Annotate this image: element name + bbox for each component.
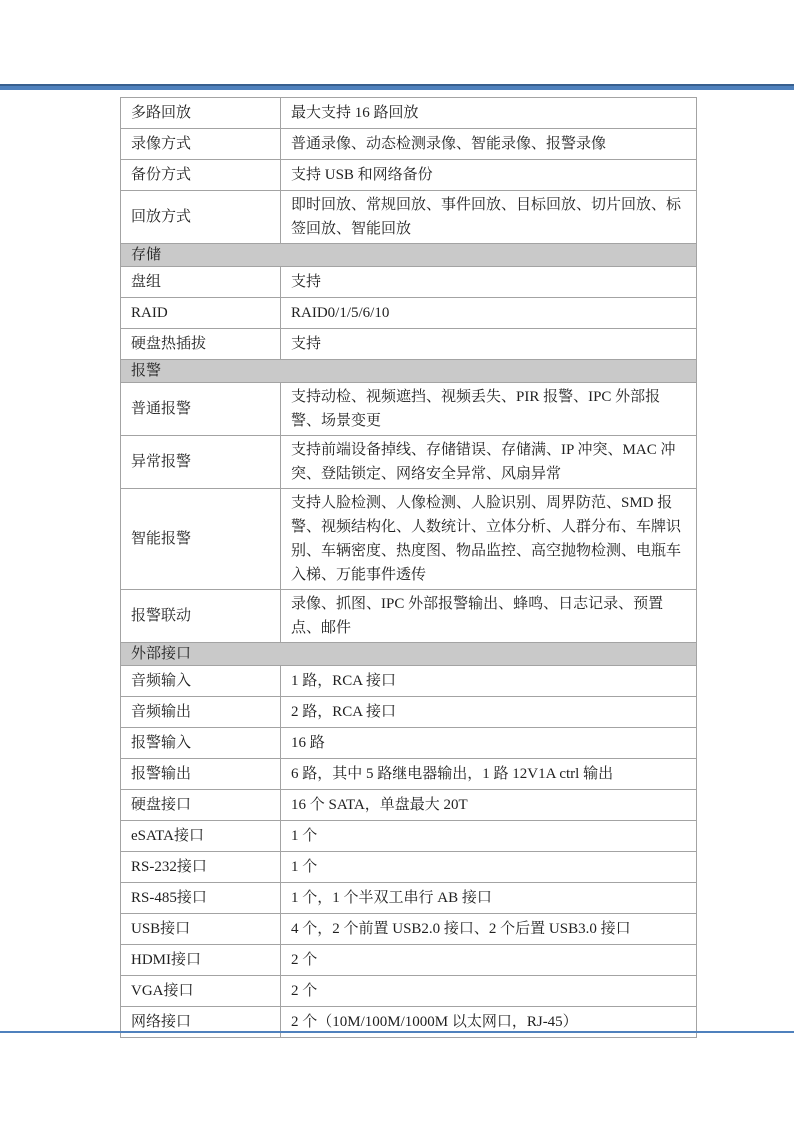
spec-value: 2 个: [281, 945, 697, 976]
spec-value: 录像、抓图、IPC 外部报警输出、蜂鸣、日志记录、预置点、邮件: [281, 590, 697, 643]
spec-label: 回放方式: [121, 191, 281, 244]
table-row: 备份方式支持 USB 和网络备份: [121, 160, 697, 191]
table-row: 硬盘接口16 个 SATA，单盘最大 20T: [121, 790, 697, 821]
spec-label: 备份方式: [121, 160, 281, 191]
spec-value: 6 路，其中 5 路继电器输出，1 路 12V1A ctrl 输出: [281, 759, 697, 790]
spec-value: 1 个，1 个半双工串行 AB 接口: [281, 883, 697, 914]
spec-label: RS-232接口: [121, 852, 281, 883]
spec-label: 盘组: [121, 267, 281, 298]
spec-label: 普通报警: [121, 383, 281, 436]
spec-label: 硬盘热插拔: [121, 329, 281, 360]
spec-value: 16 路: [281, 728, 697, 759]
table-row: RAIDRAID0/1/5/6/10: [121, 298, 697, 329]
spec-value: 1 路，RCA 接口: [281, 666, 697, 697]
spec-value: 4 个，2 个前置 USB2.0 接口、2 个后置 USB3.0 接口: [281, 914, 697, 945]
spec-value: RAID0/1/5/6/10: [281, 298, 697, 329]
table-row: RS-232接口1 个: [121, 852, 697, 883]
table-row: eSATA接口1 个: [121, 821, 697, 852]
table-row: 报警联动录像、抓图、IPC 外部报警输出、蜂鸣、日志记录、预置点、邮件: [121, 590, 697, 643]
spec-table-body: 多路回放最大支持 16 路回放录像方式普通录像、动态检测录像、智能录像、报警录像…: [121, 98, 697, 1038]
table-row: 报警输出6 路，其中 5 路继电器输出，1 路 12V1A ctrl 输出: [121, 759, 697, 790]
table-row: 硬盘热插拔支持: [121, 329, 697, 360]
section-header-row: 报警: [121, 360, 697, 383]
spec-value: 支持前端设备掉线、存储错误、存储满、IP 冲突、MAC 冲突、登陆锁定、网络安全…: [281, 436, 697, 489]
spec-value: 支持: [281, 329, 697, 360]
section-header: 存储: [121, 244, 697, 267]
spec-value: 1 个: [281, 852, 697, 883]
table-row: 回放方式即时回放、常规回放、事件回放、目标回放、切片回放、标签回放、智能回放: [121, 191, 697, 244]
spec-table: 多路回放最大支持 16 路回放录像方式普通录像、动态检测录像、智能录像、报警录像…: [120, 97, 697, 1038]
spec-label: RAID: [121, 298, 281, 329]
spec-label: 异常报警: [121, 436, 281, 489]
spec-label: 报警输入: [121, 728, 281, 759]
spec-value: 支持人脸检测、人像检测、人脸识别、周界防范、SMD 报警、视频结构化、人数统计、…: [281, 489, 697, 590]
spec-label: 音频输出: [121, 697, 281, 728]
table-row: 音频输入1 路，RCA 接口: [121, 666, 697, 697]
spec-value: 支持 USB 和网络备份: [281, 160, 697, 191]
spec-label: 多路回放: [121, 98, 281, 129]
spec-value: 普通录像、动态检测录像、智能录像、报警录像: [281, 129, 697, 160]
spec-label: HDMI接口: [121, 945, 281, 976]
table-row: HDMI接口2 个: [121, 945, 697, 976]
spec-value: 即时回放、常规回放、事件回放、目标回放、切片回放、标签回放、智能回放: [281, 191, 697, 244]
spec-label: VGA接口: [121, 976, 281, 1007]
spec-label: 报警输出: [121, 759, 281, 790]
spec-value: 2 路，RCA 接口: [281, 697, 697, 728]
spec-label: 硬盘接口: [121, 790, 281, 821]
spec-label: 报警联动: [121, 590, 281, 643]
spec-label: 录像方式: [121, 129, 281, 160]
table-row: 报警输入16 路: [121, 728, 697, 759]
table-row: VGA接口2 个: [121, 976, 697, 1007]
table-row: 智能报警支持人脸检测、人像检测、人脸识别、周界防范、SMD 报警、视频结构化、人…: [121, 489, 697, 590]
table-row: 录像方式普通录像、动态检测录像、智能录像、报警录像: [121, 129, 697, 160]
table-row: RS-485接口1 个，1 个半双工串行 AB 接口: [121, 883, 697, 914]
spec-label: RS-485接口: [121, 883, 281, 914]
spec-label: 音频输入: [121, 666, 281, 697]
document-page: 多路回放最大支持 16 路回放录像方式普通录像、动态检测录像、智能录像、报警录像…: [0, 0, 794, 1123]
table-row: 普通报警支持动检、视频遮挡、视频丢失、PIR 报警、IPC 外部报警、场景变更: [121, 383, 697, 436]
bottom-rule-divider: [0, 1031, 794, 1033]
section-header-row: 存储: [121, 244, 697, 267]
table-row: 盘组支持: [121, 267, 697, 298]
spec-label: 智能报警: [121, 489, 281, 590]
table-row: 音频输出2 路，RCA 接口: [121, 697, 697, 728]
spec-value: 2 个: [281, 976, 697, 1007]
spec-value: 16 个 SATA，单盘最大 20T: [281, 790, 697, 821]
table-row: 多路回放最大支持 16 路回放: [121, 98, 697, 129]
table-row: 异常报警支持前端设备掉线、存储错误、存储满、IP 冲突、MAC 冲突、登陆锁定、…: [121, 436, 697, 489]
spec-value: 支持: [281, 267, 697, 298]
section-header: 报警: [121, 360, 697, 383]
spec-value: 1 个: [281, 821, 697, 852]
spec-label: USB接口: [121, 914, 281, 945]
spec-value: 支持动检、视频遮挡、视频丢失、PIR 报警、IPC 外部报警、场景变更: [281, 383, 697, 436]
spec-label: eSATA接口: [121, 821, 281, 852]
section-header: 外部接口: [121, 643, 697, 666]
section-header-row: 外部接口: [121, 643, 697, 666]
top-rule-divider: [0, 84, 794, 90]
spec-value: 最大支持 16 路回放: [281, 98, 697, 129]
table-row: USB接口4 个，2 个前置 USB2.0 接口、2 个后置 USB3.0 接口: [121, 914, 697, 945]
